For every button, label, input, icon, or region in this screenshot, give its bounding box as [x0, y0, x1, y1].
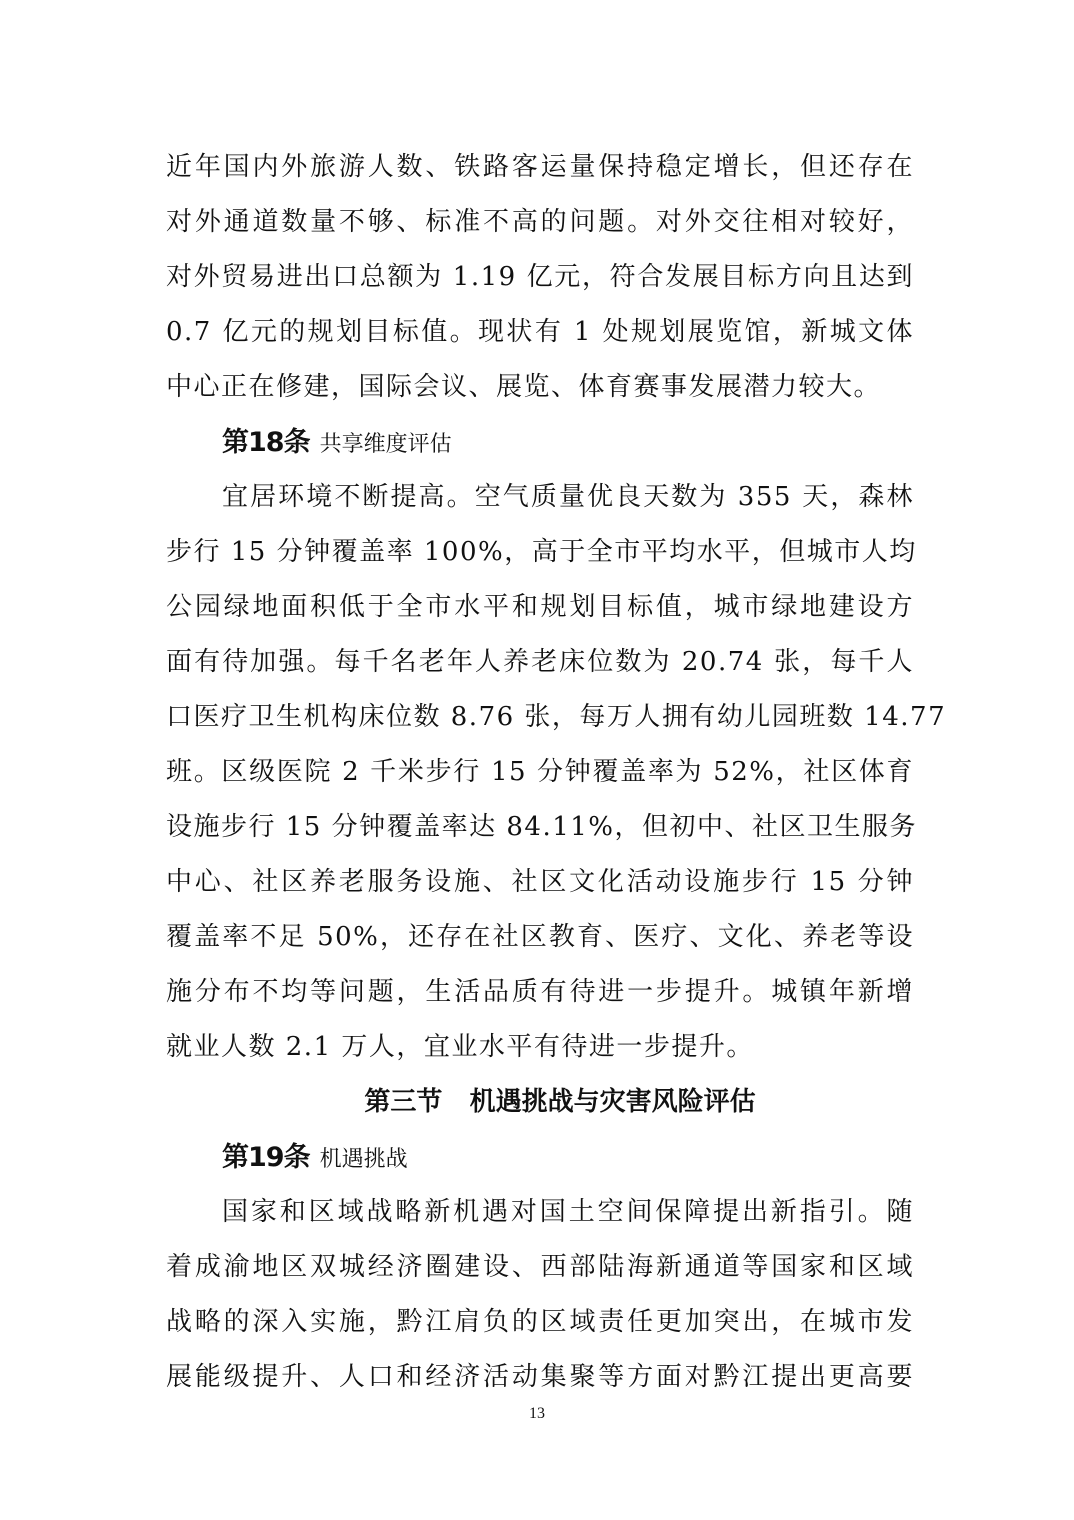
paragraph-external-exchange: 近年国内外旅游人数、铁路客运量保持稳定增长，但还存在 对外通道数量不够、标准不高…	[166, 140, 914, 415]
text-line: 步行 15 分钟覆盖率 100%，高于全市平均水平，但城市人均	[166, 525, 914, 580]
text-line: 对外贸易进出口总额为 1.19 亿元，符合发展目标方向且达到	[166, 250, 914, 305]
article-19-heading: 第19条机遇挑战	[166, 1130, 914, 1185]
text-line: 就业人数 2.1 万人，宜业水平有待进一步提升。	[166, 1020, 914, 1075]
text-line: 公园绿地面积低于全市水平和规划目标值，城市绿地建设方	[166, 580, 914, 635]
text-line: 着成渝地区双城经济圈建设、西部陆海新通道等国家和区域	[166, 1240, 914, 1295]
article-title: 共享维度评估	[320, 432, 452, 457]
article-18-paragraph: 宜居环境不断提高。空气质量优良天数为 355 天，森林 步行 15 分钟覆盖率 …	[166, 470, 914, 1075]
text-line: 战略的深入实施，黔江肩负的区域责任更加突出，在城市发	[166, 1295, 914, 1350]
article-number: 第19条	[222, 1142, 310, 1173]
text-line: 口医疗卫生机构床位数 8.76 张，每万人拥有幼儿园班数 14.77	[166, 690, 914, 745]
text-line: 班。区级医院 2 千米步行 15 分钟覆盖率为 52%，社区体育	[166, 745, 914, 800]
page-body: 近年国内外旅游人数、铁路客运量保持稳定增长，但还存在 对外通道数量不够、标准不高…	[166, 140, 914, 1405]
text-line: 设施步行 15 分钟覆盖率达 84.11%，但初中、社区卫生服务	[166, 800, 914, 855]
section-heading: 第三节 机遇挑战与灾害风险评估	[166, 1075, 914, 1130]
text-line: 中心正在修建，国际会议、展览、体育赛事发展潜力较大。	[166, 360, 914, 415]
text-line: 对外通道数量不够、标准不高的问题。对外交往相对较好，	[166, 195, 914, 250]
article-18-heading: 第18条共享维度评估	[166, 415, 914, 470]
text-line: 面有待加强。每千名老年人养老床位数为 20.74 张，每千人	[166, 635, 914, 690]
article-number: 第18条	[222, 427, 310, 458]
text-line: 覆盖率不足 50%，还存在社区教育、医疗、文化、养老等设	[166, 910, 914, 965]
text-line: 国家和区域战略新机遇对国土空间保障提出新指引。随	[166, 1185, 914, 1240]
article-title: 机遇挑战	[320, 1147, 408, 1172]
text-line: 近年国内外旅游人数、铁路客运量保持稳定增长，但还存在	[166, 140, 914, 195]
text-line: 宜居环境不断提高。空气质量优良天数为 355 天，森林	[166, 470, 914, 525]
page-number: 13	[0, 1405, 1074, 1423]
text-line: 中心、社区养老服务设施、社区文化活动设施步行 15 分钟	[166, 855, 914, 910]
text-line: 0.7 亿元的规划目标值。现状有 1 处规划展览馆，新城文体	[166, 305, 914, 360]
text-line: 施分布不均等问题，生活品质有待进一步提升。城镇年新增	[166, 965, 914, 1020]
article-19-paragraph: 国家和区域战略新机遇对国土空间保障提出新指引。随 着成渝地区双城经济圈建设、西部…	[166, 1185, 914, 1405]
text-line: 展能级提升、人口和经济活动集聚等方面对黔江提出更高要	[166, 1350, 914, 1405]
document-page: 近年国内外旅游人数、铁路客运量保持稳定增长，但还存在 对外通道数量不够、标准不高…	[0, 0, 1074, 1520]
